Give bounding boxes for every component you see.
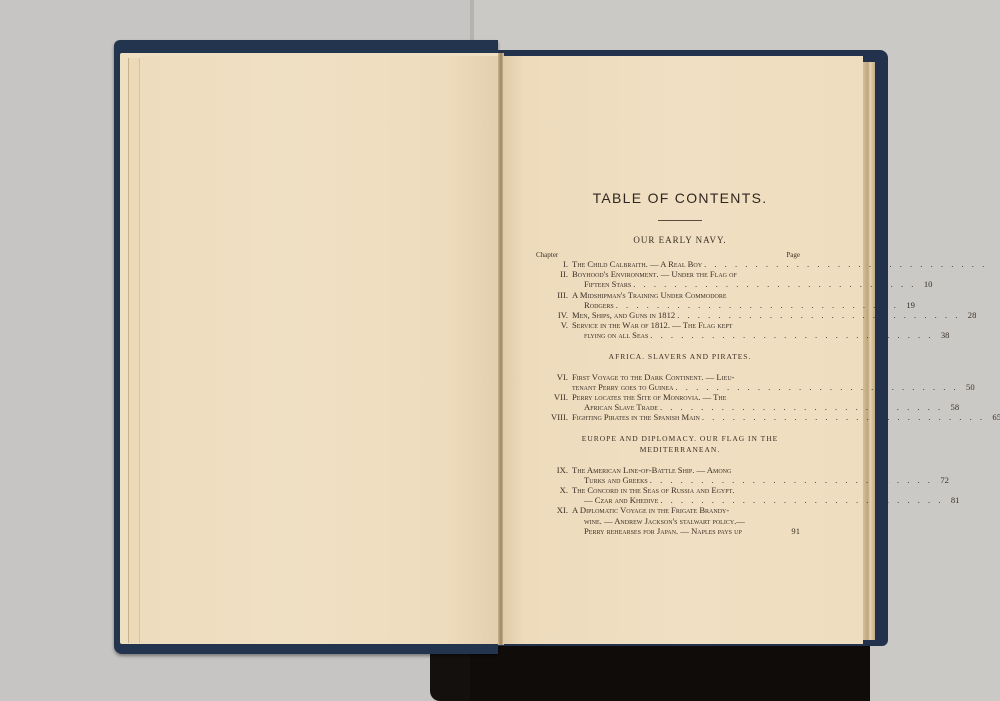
- section-title-africa: AFRICA. SLAVERS AND PIRATES.: [560, 351, 800, 362]
- chapter-number: V.: [536, 320, 572, 340]
- dot-leader: . . . . . . . . . . . . . . . . . . . . …: [650, 475, 933, 485]
- toc-entry: I. The Child Calbraith. — A Real Boy. . …: [536, 259, 800, 269]
- chapter-title: Fighting Pirates in the Spanish Main: [572, 412, 700, 422]
- chapter-title-cont: Perry rehearses for Japan. — Naples pays…: [584, 526, 742, 536]
- dot-leader: . . . . . . . . . . . . . . . . . . . . …: [616, 300, 899, 310]
- chapter-title-cont: Turks and Greeks: [584, 475, 648, 485]
- chapter-number: IV.: [536, 310, 572, 320]
- page-number: 19: [901, 300, 915, 310]
- toc-entry: VIII. Fighting Pirates in the Spanish Ma…: [536, 412, 800, 422]
- page-number: 28: [962, 310, 976, 320]
- chapter-title: The Concord in the Seas of Russia and Eg…: [572, 485, 734, 495]
- chapter-number: XI.: [536, 505, 572, 536]
- dot-leader: . . . . . . . . . . . . . . . . . . . . …: [675, 382, 958, 392]
- dot-leader: . . . . . . . . . . . . . . . . . . . . …: [660, 495, 943, 505]
- chapter-title-cont: Fifteen Stars: [584, 279, 631, 289]
- toc-entry: IX. The American Line-of-Battle Ship. — …: [536, 465, 800, 485]
- page-number: 10: [918, 279, 932, 289]
- toc-entry: IV. Men, Ships, and Guns in 1812. . . . …: [536, 310, 800, 320]
- column-header-chapter: Chapter: [536, 251, 558, 259]
- dot-leader: . . . . . . . . . . . . . . . . . . . . …: [704, 259, 987, 269]
- column-header-page: Page: [786, 251, 800, 259]
- chapter-title-cont: wine. — Andrew Jackson's stalwart policy…: [584, 516, 745, 526]
- page-number: 50: [961, 382, 975, 392]
- dot-leader: . . . . . . . . . . . . . . . . . . . . …: [660, 402, 943, 412]
- toc-entry: II. Boyhood's Environment. — Under the F…: [536, 269, 800, 289]
- chapter-title: Service in the War of 1812. — The Flag k…: [572, 320, 732, 330]
- page-number: 1: [989, 259, 1000, 269]
- page-number: 81: [945, 495, 959, 505]
- chapter-title-cont: flying on all Seas: [584, 330, 648, 340]
- chapter-number: I.: [536, 259, 572, 269]
- chapter-title: A Diplomatic Voyage in the Frigate Brand…: [572, 505, 729, 515]
- left-page-edge: [128, 58, 140, 643]
- toc-entry: V. Service in the War of 1812. — The Fla…: [536, 320, 800, 340]
- section-title-europe: EUROPE AND DIPLOMACY. OUR FLAG IN THE ME…: [560, 433, 800, 455]
- page-number: 72: [935, 475, 949, 485]
- chapter-number: VII.: [536, 392, 572, 412]
- table-of-contents: TABLE OF CONTENTS. OUR EARLY NAVY. Chapt…: [536, 190, 800, 536]
- chapter-number: III.: [536, 290, 572, 310]
- chapter-number: VIII.: [536, 412, 572, 422]
- chapter-title: First Voyage to the Dark Continent. — Li…: [572, 372, 735, 382]
- chapter-title: The Child Calbraith. — A Real Boy: [572, 259, 702, 269]
- page-number: 58: [945, 402, 959, 412]
- toc-entry: III. A Midshipman's Training Under Commo…: [536, 290, 800, 310]
- dot-leader: . . . . . . . . . . . . . . . . . . . . …: [677, 310, 960, 320]
- column-headers: Chapter Page: [536, 251, 800, 259]
- chapter-title: A Midshipman's Training Under Commodore: [572, 290, 727, 300]
- toc-entry: VII. Perry locates the Site of Monrovia.…: [536, 392, 800, 412]
- page-number: 38: [935, 330, 949, 340]
- toc-entry: X. The Concord in the Seas of Russia and…: [536, 485, 800, 505]
- section-title-early-navy: OUR EARLY NAVY.: [560, 235, 800, 245]
- section-title-line: MEDITERRANEAN.: [560, 444, 800, 455]
- chapter-title-cont: — Czar and Khedive: [584, 495, 658, 505]
- chapter-title-cont: tenant Perry goes to Guinea: [572, 382, 673, 392]
- right-page-stack-edge: [863, 62, 875, 640]
- toc-entry: XI. A Diplomatic Voyage in the Frigate B…: [536, 505, 800, 536]
- chapter-title: Men, Ships, and Guns in 1812: [572, 310, 675, 320]
- chapter-title: Boyhood's Environment. — Under the Flag …: [572, 269, 737, 279]
- chapter-title: Perry locates the Site of Monrovia. — Th…: [572, 392, 726, 402]
- chapter-number: II.: [536, 269, 572, 289]
- chapter-number: VI.: [536, 372, 572, 392]
- chapter-number: IX.: [536, 465, 572, 485]
- dot-leader: . . . . . . . . . . . . . . . . . . . . …: [633, 279, 916, 289]
- book-shadow-bottom: [470, 645, 870, 701]
- dot-leader: . . . . . . . . . . . . . . . . . . . . …: [650, 330, 933, 340]
- chapter-title-cont: Rodgers: [584, 300, 614, 310]
- page-title: TABLE OF CONTENTS.: [560, 190, 800, 206]
- dot-leader: [744, 526, 784, 536]
- chapter-title-cont: African Slave Trade: [584, 402, 658, 412]
- section-title-line: EUROPE AND DIPLOMACY. OUR FLAG IN THE: [560, 433, 800, 444]
- page-number: 65: [987, 412, 1000, 422]
- page-number: 91: [786, 526, 800, 536]
- left-page-blank: [140, 56, 498, 644]
- dot-leader: . . . . . . . . . . . . . . . . . . . . …: [702, 412, 985, 422]
- chapter-number: X.: [536, 485, 572, 505]
- toc-entry: VI. First Voyage to the Dark Continent. …: [536, 372, 800, 392]
- chapter-title: The American Line-of-Battle Ship. — Amon…: [572, 465, 731, 475]
- title-divider: [658, 220, 702, 221]
